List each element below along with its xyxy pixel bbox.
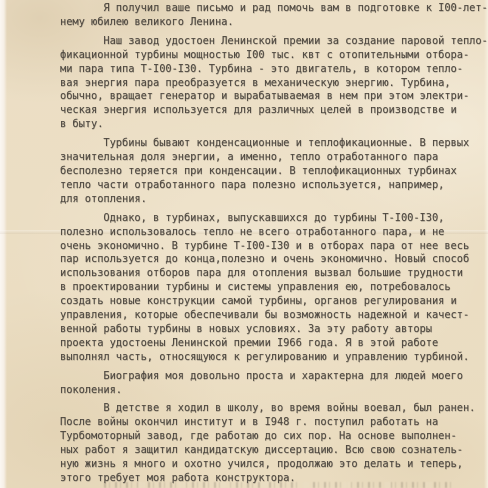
paragraph-turbine-types: Турбины бывают конденсационные и теплофи… [60, 137, 480, 207]
paragraph-turbine: Наш завод удостоен Ленинской премии за с… [60, 35, 480, 132]
clipped-text-line [104, 482, 456, 488]
letter-body: Я получил ваше письмо и рад помочь вам в… [60, 2, 480, 486]
paragraph-life-story: В детстве я ходил в школу, во время войн… [60, 402, 480, 485]
scan-edge-left [0, 0, 7, 488]
paragraph-biography: Биография моя довольно проста и характер… [60, 370, 480, 398]
paragraph-lenin-prize: Однако, в турбинах, выпускавшихся до тур… [60, 212, 480, 365]
scan-edge-right [484, 0, 488, 488]
paragraph-intro: Я получил ваше письмо и рад помочь вам в… [60, 2, 480, 30]
scanned-letter-page: Я получил ваше письмо и рад помочь вам в… [0, 0, 488, 488]
